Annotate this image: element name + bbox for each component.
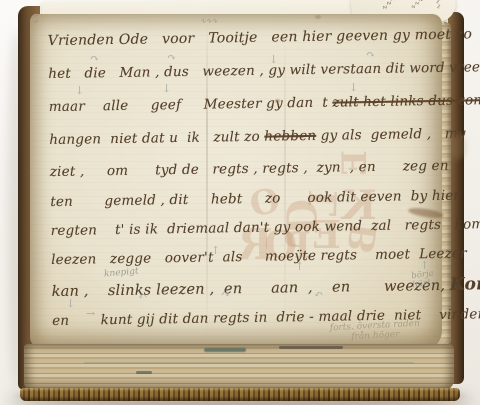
manuscript-line: ziet , om tyd de regts , regts , zyn , e… bbox=[50, 158, 449, 180]
bleedthrough-letter: P bbox=[284, 228, 311, 264]
bleedthrough-letter: E bbox=[338, 150, 372, 176]
bleedthrough-letter: O bbox=[264, 226, 297, 264]
bleedthrough-letter: D bbox=[279, 198, 322, 236]
ink-spot bbox=[275, 99, 280, 103]
pencil-arrow-icon: ↷ bbox=[366, 48, 375, 61]
gold-tooled-cover-edge bbox=[20, 388, 460, 401]
bleedthrough-letter: K bbox=[342, 186, 377, 226]
fore-edge-teal-streak bbox=[204, 348, 246, 352]
fore-edge-dark-streak bbox=[279, 346, 343, 349]
pencil-arrow-icon: ↓ bbox=[66, 297, 75, 310]
manuscript-line: het die Man , dus weezen , gy wilt verst… bbox=[48, 59, 480, 82]
pencil-note-borja-har: börjahär! bbox=[411, 270, 435, 291]
manuscript-line: Vrienden Ode voor Tooitje een hier geeve… bbox=[48, 26, 473, 49]
bleedthrough-letter: E bbox=[312, 216, 341, 254]
manuscript-line: hangen niet dat u ik zult zo hebben gy a… bbox=[49, 126, 466, 149]
pencil-arrow-icon: ↷ bbox=[90, 52, 99, 65]
pencil-arrow-icon: ↓ bbox=[349, 81, 358, 94]
pencil-note-illegible: ∿∿ bbox=[31, 12, 40, 24]
pencil-arrow-icon: ↶ bbox=[138, 290, 147, 303]
edge-handwriting: ∿∿∿ bbox=[433, 0, 443, 10]
fore-edge-light-streak bbox=[84, 362, 414, 364]
page-crease bbox=[284, 34, 286, 334]
corner-handwriting: ∿∿∿∿ bbox=[380, 0, 402, 13]
pencil-arrow-icon: ↓ bbox=[162, 82, 171, 95]
bleedthrough-letter: B bbox=[343, 220, 383, 255]
pencil-arrow-icon: ↶ bbox=[314, 288, 323, 301]
manuscript-line: ten gemeld , dit hebt zo ook dit eeven b… bbox=[50, 188, 460, 210]
bleedthrough-letter: R bbox=[238, 224, 273, 266]
page-crease bbox=[206, 22, 208, 340]
ink-smear-stain bbox=[408, 206, 445, 220]
age-stain bbox=[450, 134, 466, 160]
ink-spot bbox=[315, 15, 321, 19]
pencil-arrow-icon: → bbox=[86, 307, 95, 320]
handwritten-text: Vrienden Ode voor Tooitje een hier geeve… bbox=[48, 27, 441, 339]
pencil-arrow-icon: ↑ bbox=[295, 260, 304, 273]
pencil-note-illegible: ∿∿∿ bbox=[200, 17, 218, 25]
pencil-arrow-icon: ↑ bbox=[211, 244, 220, 257]
manuscript-line: leezen zegge oover't als moeÿte regts mo… bbox=[51, 246, 467, 269]
fore-edge-teal-streak bbox=[136, 371, 152, 374]
pencil-arrow-icon: ↓ bbox=[269, 53, 278, 66]
manuscript-line: regten t' is ik driemaal dan't gy ook we… bbox=[51, 216, 480, 239]
manuscript-photo: ∿∿∿∿ ∿∿∿ ∿∿∿ R O O D P L E E K B Vriende… bbox=[0, 0, 480, 405]
pencil-arrow-icon: ↷ bbox=[221, 288, 230, 301]
bleedthrough-letter: O bbox=[247, 183, 283, 222]
pencil-arrow-icon: ↷ bbox=[167, 51, 176, 64]
corner-handwriting: ∿∿∿ bbox=[409, 0, 425, 12]
page-stack-fore-edge bbox=[24, 344, 454, 390]
bleedthrough-letter: L bbox=[304, 189, 343, 217]
pencil-arrow-icon: ↓ bbox=[75, 84, 84, 97]
manuscript-line: maar alle geef Meester gy dan t zult het… bbox=[49, 92, 480, 115]
